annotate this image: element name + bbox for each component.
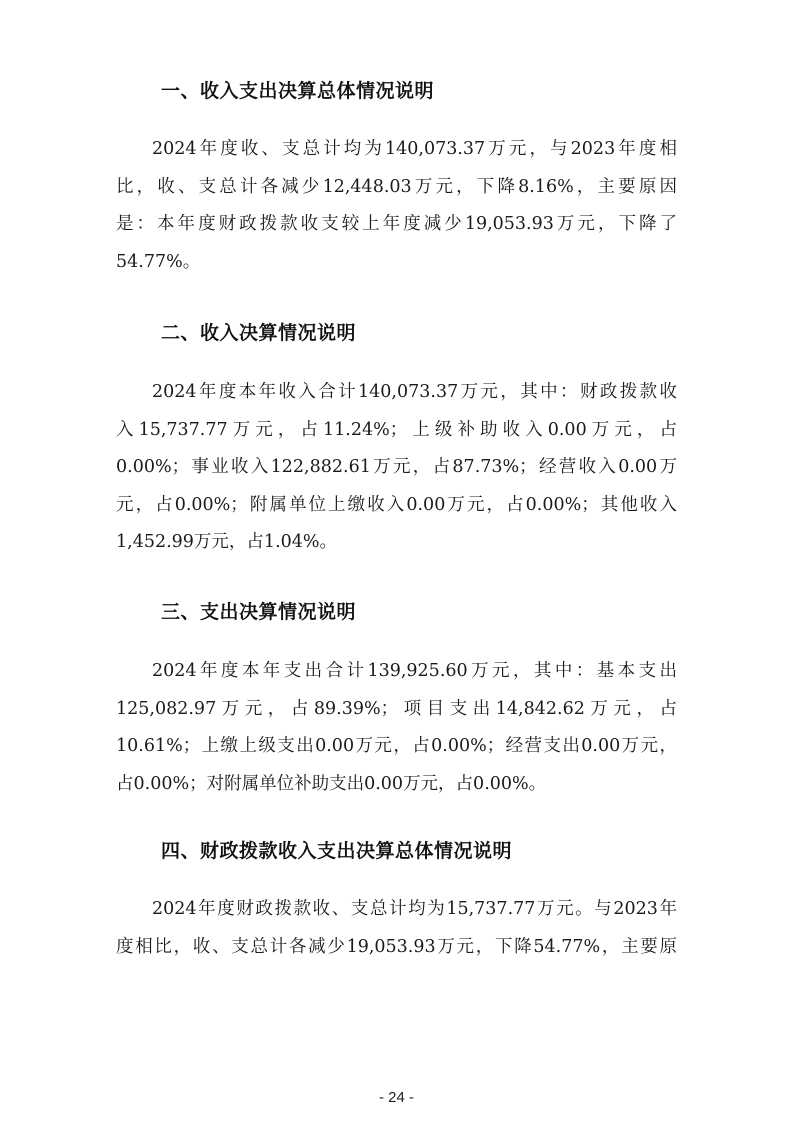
section-1-heading: 一、收入支出决算总体情况说明 <box>161 76 434 103</box>
section-4-heading: 四、财政拨款收入支出决算总体情况说明 <box>161 836 512 863</box>
paragraph-line: 2024年度本年收入合计140,073.37万元，其中：财政拨款收 <box>116 374 677 412</box>
paragraph-line: 占0.00%；对附属单位补助支出0.00万元，占0.00%。 <box>116 766 677 804</box>
paragraph-line: 0.00%；事业收入122,882.61万元，占87.73%；经营收入0.00万 <box>116 449 677 487</box>
paragraph-line: 度相比，收、支总计各减少19,053.93万元，下降54.77%，主要原 <box>116 929 677 967</box>
section-4-paragraph: 2024年度财政拨款收、支总计均为15,737.77万元。与2023年 度相比，… <box>116 891 677 966</box>
section-1-paragraph: 2024年度收、支总计均为140,073.37万元，与2023年度相 比，收、支… <box>116 131 677 281</box>
paragraph-line: 是：本年度财政拨款收支较上年度减少19,053.93万元，下降了 <box>116 206 677 244</box>
paragraph-line: 2024年度财政拨款收、支总计均为15,737.77万元。与2023年 <box>116 891 677 929</box>
paragraph-line: 元，占0.00%；附属单位上缴收入0.00万元，占0.00%；其他收入 <box>116 487 677 525</box>
paragraph-line: 125,082.97万元，占89.39%；项目支出14,842.62万元，占 <box>116 691 677 729</box>
section-3-paragraph: 2024年度本年支出合计139,925.60万元，其中：基本支出 125,082… <box>116 653 677 803</box>
section-2-paragraph: 2024年度本年收入合计140,073.37万元，其中：财政拨款收 入15,73… <box>116 374 677 562</box>
paragraph-line: 入15,737.77万元，占11.24%；上级补助收入0.00万元，占 <box>116 412 677 450</box>
paragraph-line: 2024年度本年支出合计139,925.60万元，其中：基本支出 <box>116 653 677 691</box>
section-3-heading: 三、支出决算情况说明 <box>161 597 356 624</box>
page-number: - 24 - <box>0 1089 793 1106</box>
paragraph-line: 1,452.99万元，占1.04%。 <box>116 524 677 562</box>
paragraph-line: 54.77%。 <box>116 244 677 282</box>
section-2-heading: 二、收入决算情况说明 <box>161 318 356 345</box>
paragraph-line: 比，收、支总计各减少12,448.03万元，下降8.16%，主要原因 <box>116 169 677 207</box>
paragraph-line: 10.61%；上缴上级支出0.00万元，占0.00%；经营支出0.00万元， <box>116 728 677 766</box>
paragraph-line: 2024年度收、支总计均为140,073.37万元，与2023年度相 <box>116 131 677 169</box>
